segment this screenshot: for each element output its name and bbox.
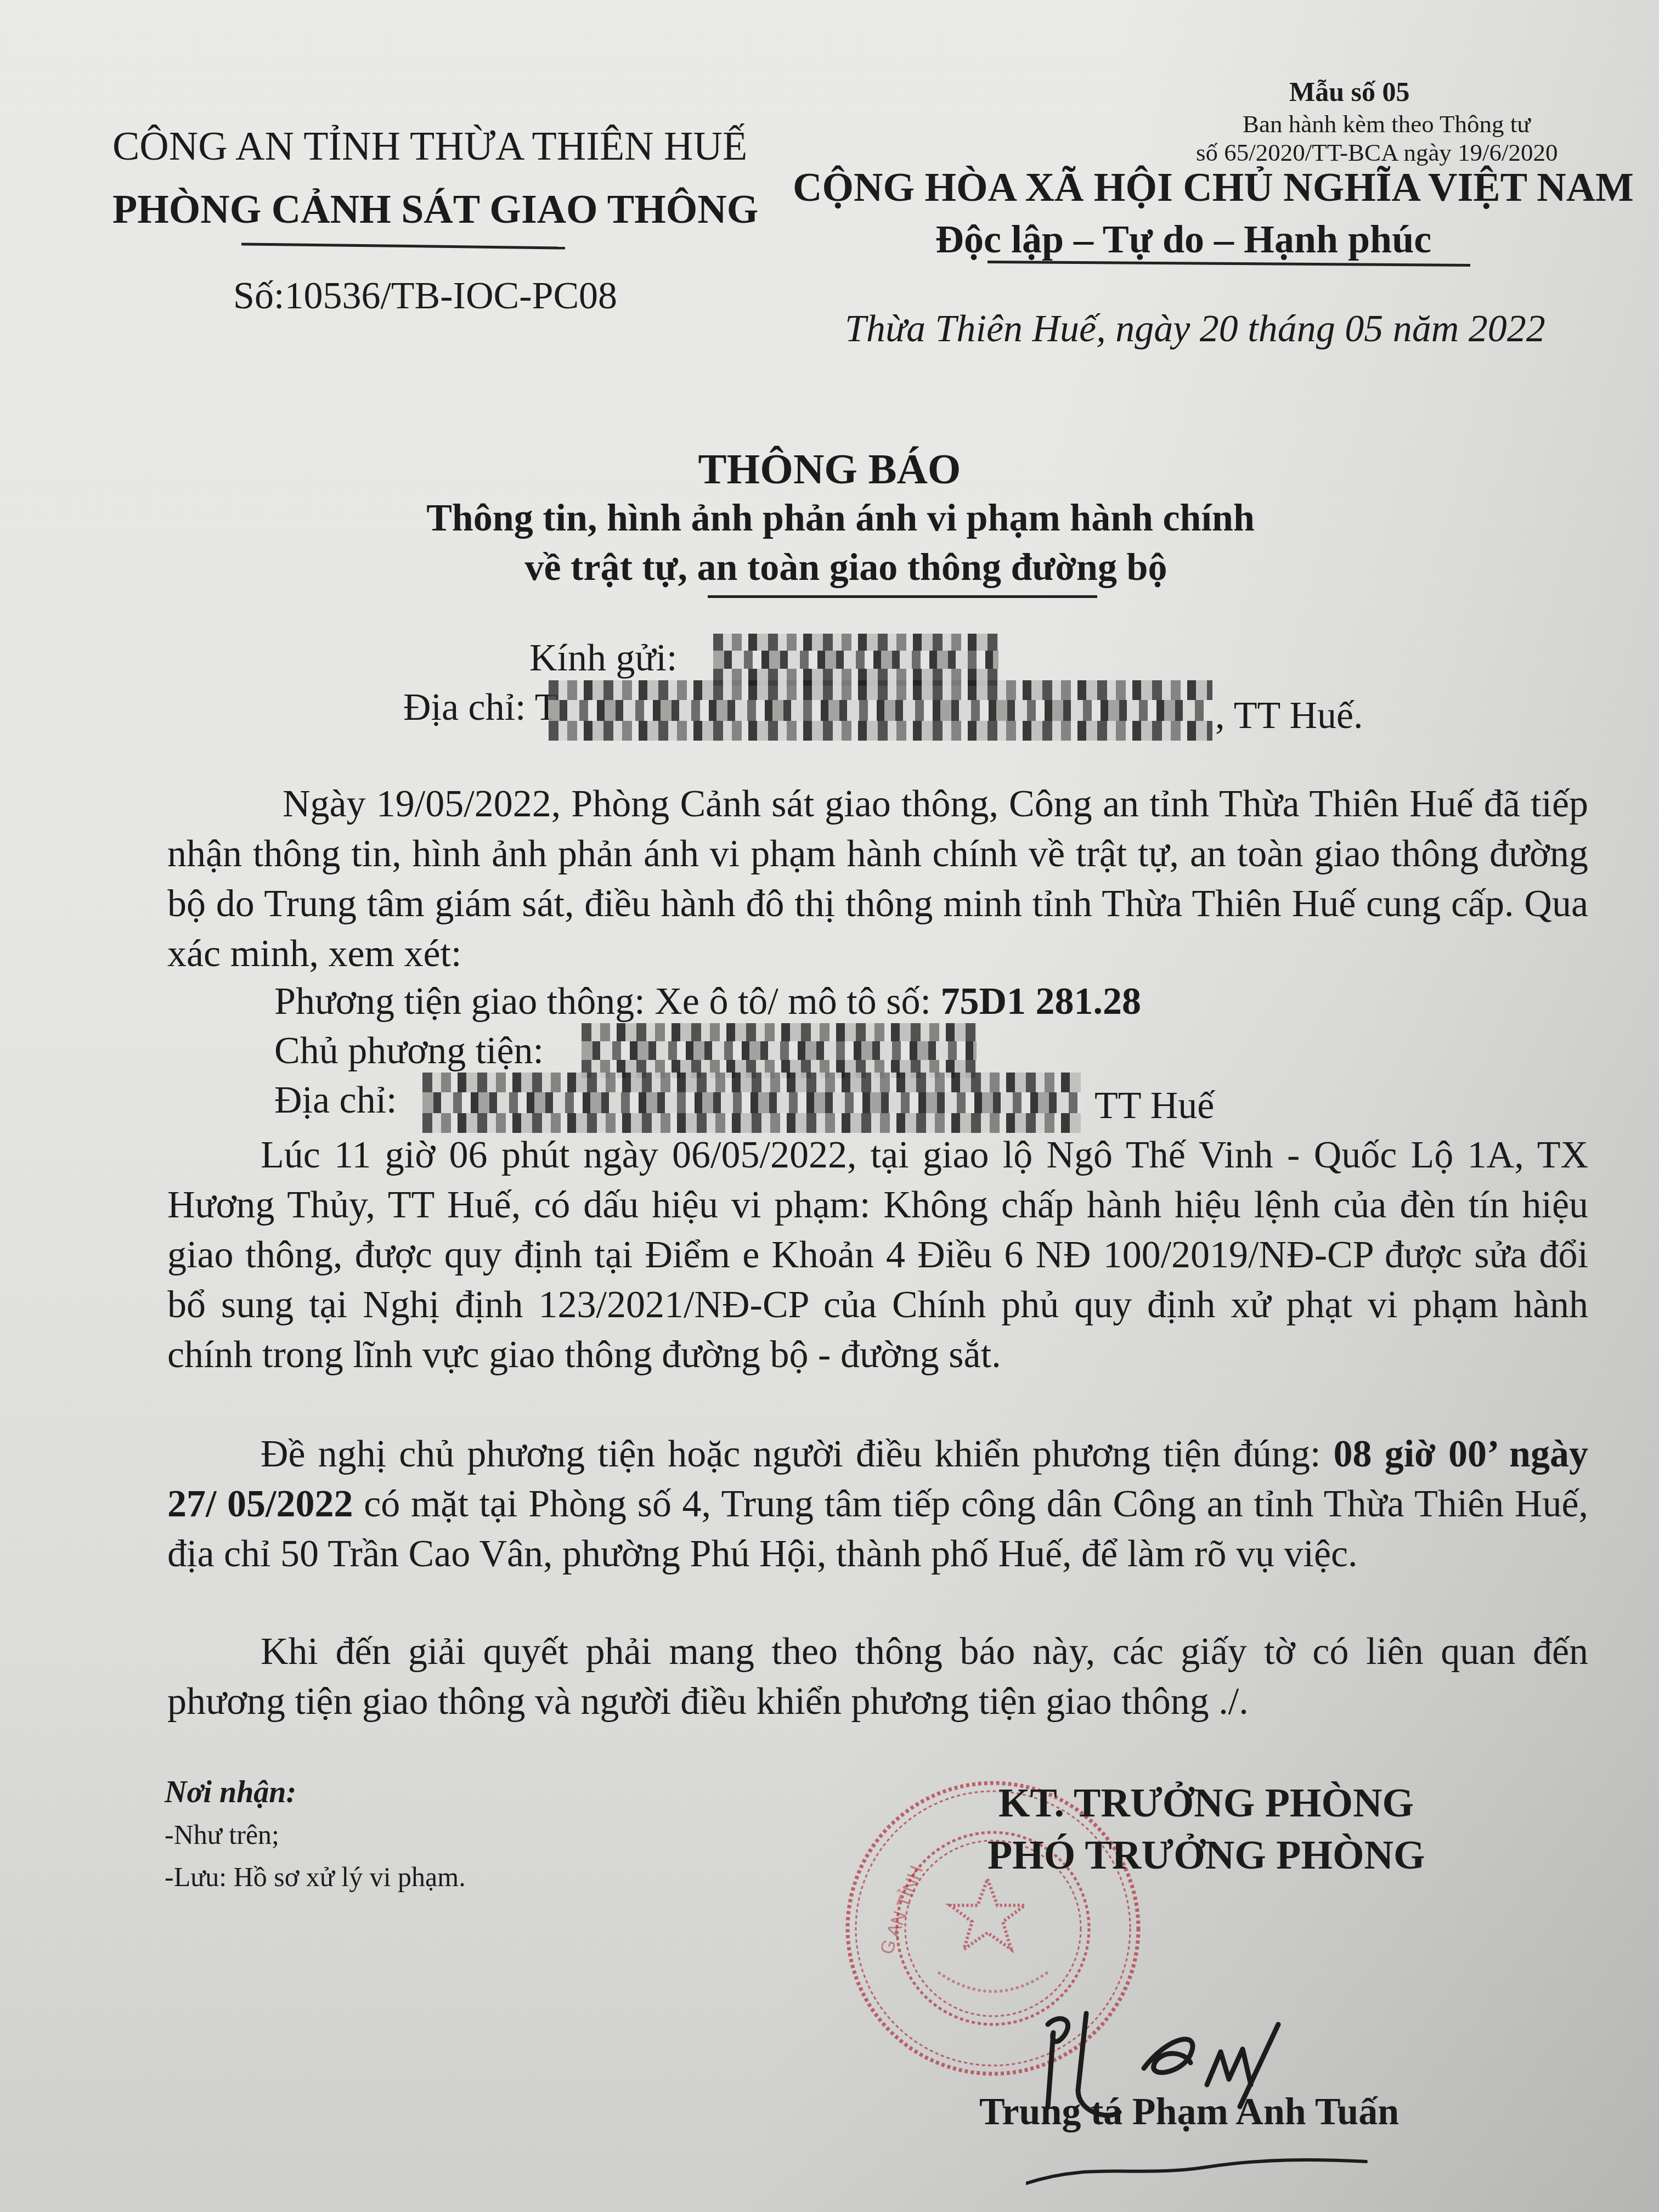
- form-issue-circular: số 65/2020/TT-BCA ngày 19/6/2020: [1196, 138, 1558, 167]
- paragraph-summons: Đề nghị chủ phương tiện hoặc người điều …: [167, 1429, 1588, 1579]
- summons-location: có mặt tại Phòng số 4, Trung tâm tiếp cô…: [167, 1483, 1588, 1575]
- recipient-label: Kính gửi:: [529, 636, 677, 680]
- form-number: Mẫu số 05: [1289, 76, 1409, 108]
- national-title: CỘNG HÒA XÃ HỘI CHỦ NGHĨA VIỆT NAM: [793, 165, 1634, 211]
- redacted-owner-address: [422, 1073, 1081, 1133]
- redacted-recipient-address: [549, 680, 1212, 741]
- vehicle-line: Phương tiện giao thông: Xe ô tô/ mô tô s…: [274, 977, 1141, 1026]
- redacted-owner-name: [582, 1023, 977, 1078]
- form-issue-note: Ban hành kèm theo Thông tư: [1243, 110, 1531, 138]
- issuing-agency-parent: CÔNG AN TỈNH THỪA THIÊN HUẾ: [112, 123, 747, 170]
- document-subtitle-line2: về trật tự, an toàn giao thông đường bộ: [0, 546, 1659, 590]
- issuing-agency: PHÒNG CẢNH SÁT GIAO THÔNG: [112, 187, 758, 233]
- recipient-address-label: Địa chỉ: T: [403, 686, 558, 730]
- recipients-item: -Như trên;: [165, 1819, 279, 1850]
- owner-address-label: Địa chỉ:: [274, 1075, 397, 1125]
- vehicle-label: Phương tiện giao thông: Xe ô tô/ mô tô s…: [274, 980, 940, 1023]
- svg-text:G AN TỈNH: G AN TỈNH: [876, 1863, 928, 1957]
- agency-underline: [241, 242, 565, 249]
- owner-label: Chủ phương tiện:: [274, 1026, 544, 1076]
- recipient-address-city: , TT Huế.: [1215, 694, 1363, 738]
- redacted-recipient-name: [713, 634, 998, 686]
- document-page: CÔNG AN TỈNH THỪA THIÊN HUẾ PHÒNG CẢNH S…: [0, 0, 1659, 2212]
- paragraph-violation: Lúc 11 giờ 06 phút ngày 06/05/2022, tại …: [167, 1130, 1588, 1380]
- place-and-date: Thừa Thiên Huế, ngày 20 tháng 05 năm 202…: [845, 307, 1545, 351]
- recipients-heading: Nơi nhận:: [165, 1775, 296, 1810]
- national-motto: Độc lập – Tự do – Hạnh phúc: [935, 217, 1431, 262]
- paragraph-documents-required: Khi đến giải quyết phải mang theo thông …: [167, 1627, 1588, 1726]
- document-number: Số:10536/TB-IOC-PC08: [233, 274, 617, 318]
- owner-address-city: TT Huế: [1094, 1081, 1214, 1131]
- document-title: THÔNG BÁO: [0, 444, 1659, 494]
- signatory-name: Trung tá Phạm Anh Tuấn: [979, 2090, 1399, 2134]
- recipients-item: -Lưu: Hồ sơ xử lý vi phạm.: [165, 1861, 466, 1893]
- license-plate: 75D1 281.28: [940, 980, 1141, 1023]
- signatory-title-line2: PHÓ TRƯỞNG PHÒNG: [988, 1832, 1425, 1879]
- summons-prefix: Đề nghị chủ phương tiện hoặc người điều …: [261, 1433, 1334, 1475]
- subtitle-underline: [708, 595, 1097, 598]
- signatory-title-line1: KT. TRƯỞNG PHÒNG: [998, 1780, 1414, 1827]
- paragraph-intake: Ngày 19/05/2022, Phòng Cảnh sát giao thô…: [167, 779, 1588, 979]
- document-subtitle-line1: Thông tin, hình ảnh phản ánh vi phạm hàn…: [0, 496, 1659, 540]
